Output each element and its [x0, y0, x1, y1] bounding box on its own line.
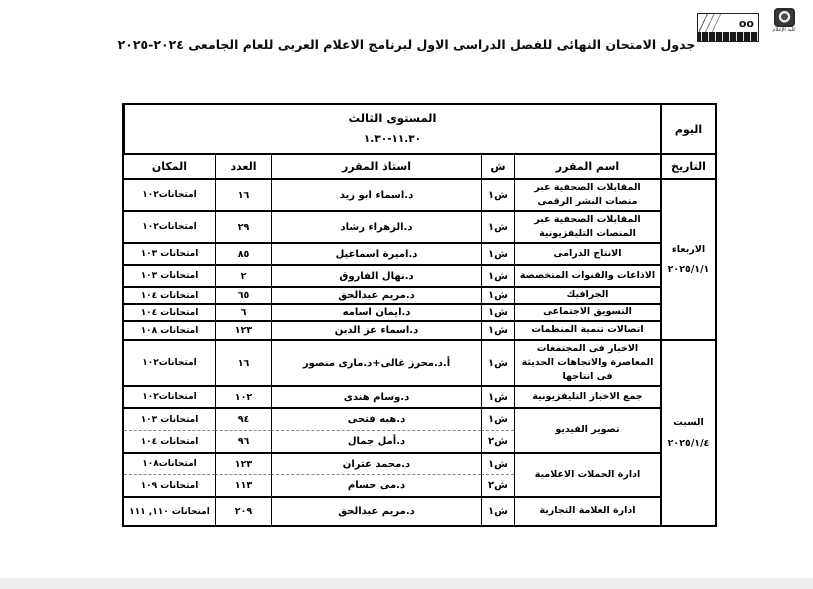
header-level-time: ١١.٣٠-١.٣٠ [127, 133, 658, 146]
table-row: الاذاعات والقنوات المتخصصة ش١ د.نهال الف… [124, 264, 715, 286]
section: ش١ [481, 264, 514, 286]
table-row: المقابلات الصحفية عبر المنصات التليفزيون… [124, 210, 715, 242]
course-name: الاخبار فى المجتمعات المعاصرة والاتجاهات… [514, 339, 660, 385]
instructor: د.ايمان اسامه [271, 303, 481, 320]
course-name: ادارة الحملات الاعلامية [514, 452, 660, 496]
student-count: ٢٩ [215, 210, 271, 242]
course-name: ادارة العلامة التجارية [514, 496, 660, 525]
exam-place: امتحانات١٠٨ [124, 452, 215, 474]
instructor: د.وسام هندى [271, 385, 481, 407]
header-level-title: المستوى الثالث [127, 112, 658, 126]
day-block-saturday: السبت ٢٠٢٥/١/٤ [660, 339, 715, 525]
instructor: د.الزهراء رشاد [271, 210, 481, 242]
student-count: ١١٣ [215, 474, 271, 496]
table-row: جمع الاخبار التليفزيونية ش١ د.وسام هندى … [124, 385, 715, 407]
instructor: د.محمد عتران [271, 452, 481, 474]
bottom-strip [0, 578, 813, 589]
section: ش١ [481, 178, 514, 210]
exam-place: امتحانات ١٠٣ [124, 264, 215, 286]
exam-place: امتحانات ١٠٩ [124, 474, 215, 496]
header-day: اليوم [660, 105, 715, 153]
course-name: المقابلات الصحفية عبر منصات النشر الرقمى [514, 178, 660, 210]
section: ش١ [481, 210, 514, 242]
exam-place: امتحانات١٠٢ [124, 339, 215, 385]
student-count: ١٦ [215, 178, 271, 210]
section: ش١ [481, 286, 514, 303]
section: ش١ [481, 496, 514, 525]
day-name: السبت [664, 417, 713, 428]
university-logo-mark: oo [739, 18, 754, 29]
course-name: المقابلات الصحفية عبر المنصات التليفزيون… [514, 210, 660, 242]
exam-place: امتحانات ١٠٤ [124, 286, 215, 303]
header-level-cell: المستوى الثالث ١١.٣٠-١.٣٠ [124, 105, 660, 153]
exam-place: امتحانات١٠٢ [124, 385, 215, 407]
course-name: اتصالات تنمية المنظمات [514, 320, 660, 339]
student-count: ٩٦ [215, 430, 271, 452]
faculty-logo-caption: كلية الإعلام [766, 28, 802, 34]
exam-place: امتحانات ١٠٤ [124, 303, 215, 320]
exam-place: امتحانات ١٠٣ [124, 407, 215, 430]
section: ش١ [481, 320, 514, 339]
section: ش٢ [481, 474, 514, 496]
exam-place: امتحانات ١١٠, ١١١ [124, 496, 215, 525]
student-count: ١٠٢ [215, 385, 271, 407]
table-row: تصوير الفيديو ش١ د.هبه فتحى ٩٤ امتحانات … [124, 407, 715, 430]
table-row: الاربعاء ٢٠٢٥/١/١ المقابلات الصحفية عبر … [124, 178, 715, 210]
header-course: اسم المقرر [514, 153, 660, 178]
table-row: الجرافيك ش١ د.مريم عبدالحق ٦٥ امتحانات ١… [124, 286, 715, 303]
exam-place: امتحانات١٠٢ [124, 210, 215, 242]
course-name: التسويق الاجتماعى [514, 303, 660, 320]
course-name: جمع الاخبار التليفزيونية [514, 385, 660, 407]
instructor: د.مريم عبدالحق [271, 286, 481, 303]
table-row: التسويق الاجتماعى ش١ د.ايمان اسامه ٦ امت… [124, 303, 715, 320]
instructor: د.أمل جمال [271, 430, 481, 452]
day-block-wednesday: الاربعاء ٢٠٢٥/١/١ [660, 178, 715, 339]
student-count: ١٢٣ [215, 452, 271, 474]
table-row: ادارة الحملات الاعلامية ش١ د.محمد عتران … [124, 452, 715, 474]
instructor: د.اميرة اسماعيل [271, 242, 481, 264]
student-count: ٨٥ [215, 242, 271, 264]
instructor: د.نهال الفاروق [271, 264, 481, 286]
student-count: ٩٤ [215, 407, 271, 430]
course-name: الانتاج الدرامى [514, 242, 660, 264]
header-place: المكان [124, 153, 215, 178]
table-row: السبت ٢٠٢٥/١/٤ الاخبار فى المجتمعات المع… [124, 339, 715, 385]
page-title: جدول الامتحان النهائى للفصل الدراسى الاو… [0, 37, 813, 52]
section: ش١ [481, 452, 514, 474]
instructor: د.مريم عبدالحق [271, 496, 481, 525]
header-date: التاريخ [660, 153, 715, 178]
instructor: د.اسماء ابو زيد [271, 178, 481, 210]
faculty-logo: كلية الإعلام [766, 8, 802, 34]
course-name: الاذاعات والقنوات المتخصصة [514, 264, 660, 286]
student-count: ١٦ [215, 339, 271, 385]
exam-place: امتحانات ١٠٤ [124, 430, 215, 452]
section: ش١ [481, 242, 514, 264]
section: ش١ [481, 407, 514, 430]
instructor: أ.د.محرز غالى+د.مارى منصور [271, 339, 481, 385]
faculty-crest-icon [774, 8, 795, 27]
document-page: oo كلية الإعلام جدول الامتحان النهائى لل… [0, 0, 813, 589]
section: ش١ [481, 339, 514, 385]
instructor: د.اسماء عز الدين [271, 320, 481, 339]
instructor: د.مى حسام [271, 474, 481, 496]
section: ش١ [481, 303, 514, 320]
header-instructor: استاذ المقرر [271, 153, 481, 178]
section: ش١ [481, 385, 514, 407]
student-count: ٦٥ [215, 286, 271, 303]
exam-place: امتحانات١٠٢ [124, 178, 215, 210]
course-name: تصوير الفيديو [514, 407, 660, 452]
header-count: العدد [215, 153, 271, 178]
student-count: ١٢٣ [215, 320, 271, 339]
table-row: ادارة العلامة التجارية ش١ د.مريم عبدالحق… [124, 496, 715, 525]
day-name: الاربعاء [664, 244, 713, 255]
exam-place: امتحانات ١٠٨ [124, 320, 215, 339]
day-date: ٢٠٢٥/١/١ [664, 264, 713, 275]
table-row: اتصالات تنمية المنظمات ش١ د.اسماء عز الد… [124, 320, 715, 339]
exam-place: امتحانات ١٠٣ [124, 242, 215, 264]
course-name: الجرافيك [514, 286, 660, 303]
header-section: ش [481, 153, 514, 178]
section: ش٢ [481, 430, 514, 452]
student-count: ٦ [215, 303, 271, 320]
header-row-level: اليوم المستوى الثالث ١١.٣٠-١.٣٠ [124, 105, 715, 153]
student-count: ٢٠٩ [215, 496, 271, 525]
header-row-columns: التاريخ اسم المقرر ش استاذ المقرر العدد … [124, 153, 715, 178]
student-count: ٢ [215, 264, 271, 286]
university-logo-emblem: oo [698, 14, 758, 32]
day-date: ٢٠٢٥/١/٤ [664, 438, 713, 449]
table-row: الانتاج الدرامى ش١ د.اميرة اسماعيل ٨٥ ام… [124, 242, 715, 264]
exam-schedule-table: اليوم المستوى الثالث ١١.٣٠-١.٣٠ التاريخ … [122, 103, 717, 527]
instructor: د.هبه فتحى [271, 407, 481, 430]
